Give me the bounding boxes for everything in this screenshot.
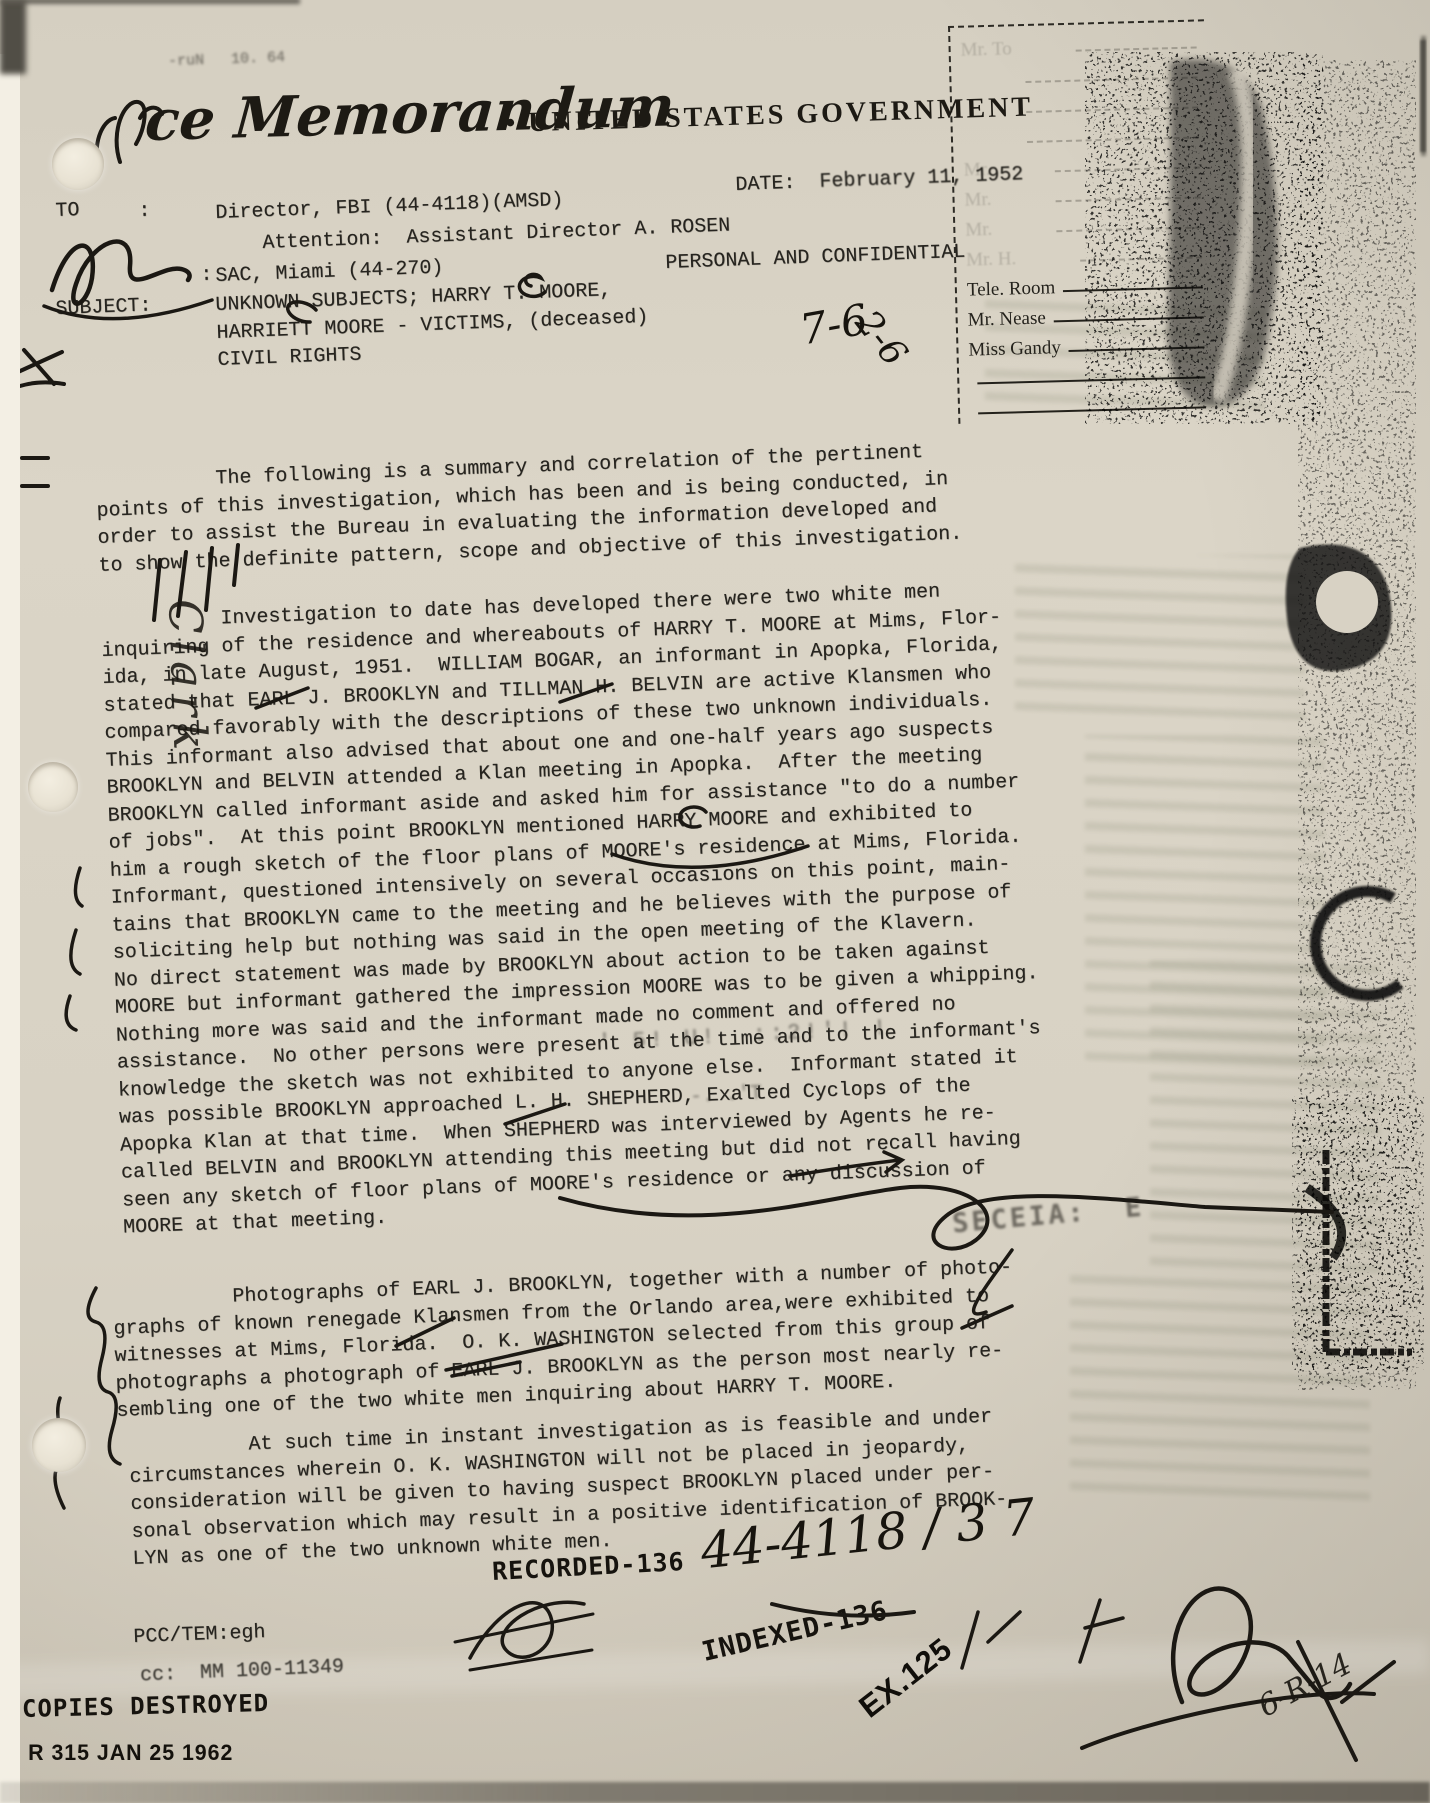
copies-destroyed-stamp: COPIES DESTROYED [22, 1689, 270, 1723]
scan-edge-left [0, 54, 20, 1803]
punch-hole [32, 1418, 86, 1472]
routing-name: Tele. Room [967, 277, 1056, 301]
routing-underline [1054, 316, 1204, 322]
bleedthrough-text-patch [1015, 555, 1305, 725]
routing-underline [1056, 196, 1201, 202]
routing-row [970, 385, 1209, 421]
routing-underline [1080, 256, 1202, 261]
routing-name: Mr. To [960, 38, 1012, 61]
scan-corner-topleft [0, 0, 26, 74]
routing-underline [978, 406, 1206, 414]
typist-initials: PCC/TEM:egh [133, 1619, 266, 1651]
routing-underline [1027, 136, 1199, 143]
routing-box: Mr. ToMr.Mr.Mr.Mr. H.Tele. RoomMr. Nease… [948, 19, 1214, 424]
routing-underline [1025, 76, 1197, 83]
routing-underline [1055, 166, 1200, 172]
destruction-date-stamp: R 315 JAN 25 1962 [28, 1740, 233, 1766]
from-colon: : [200, 262, 213, 290]
paragraph-1: The following is a summary and correlati… [95, 438, 963, 580]
scanned-memo-page: -ruN 10. 64 ce Memorandum • UNITED STATE… [0, 0, 1430, 1803]
bleedthrough-text-patch [1070, 1275, 1370, 1505]
scan-edge-bottom [0, 1782, 1430, 1803]
routing-name: Mr. H. [966, 248, 1017, 271]
date-label: DATE: [735, 172, 796, 197]
subject-label: SUBJECT: [55, 292, 152, 323]
form-note: -ruN 10. 64 [168, 44, 286, 76]
margin-handwritten-name: Clark [158, 598, 217, 757]
punch-hole [28, 762, 78, 812]
routing-row: Mr. H. [966, 235, 1205, 271]
subject-lines: UNKNOWN SUBJECTS; HARRY T. MOORE,HARRIET… [215, 276, 650, 375]
to-label: TO [55, 197, 80, 225]
routing-underline [977, 376, 1205, 384]
faint-stamp-2: -. .'T [689, 1080, 762, 1111]
date-value: February 11, 1952 [819, 163, 1024, 194]
routing-underline [1076, 46, 1197, 51]
routing-name: Mr. [965, 219, 993, 242]
routing-underline [1056, 226, 1201, 232]
bleedthrough-text-patch [1150, 960, 1380, 1280]
paragraph-3: Photographs of EARL J. BROOKLYN, togethe… [112, 1254, 1017, 1425]
confidential-notice: PERSONAL AND CONFIDENTIAL [665, 239, 966, 278]
to-colon: : [138, 198, 151, 226]
routing-underline [1026, 106, 1198, 113]
scan-edge-top [0, 0, 300, 4]
routing-underline [1063, 286, 1203, 292]
routing-name: Mr. Nease [967, 308, 1046, 332]
routing-name: Mr. [964, 189, 992, 212]
scan-edge-right [1421, 36, 1426, 156]
paragraph-2: Investigation to date has developed ther… [100, 575, 1047, 1242]
routing-name: Miss Gandy [968, 337, 1061, 361]
punch-hole [52, 138, 104, 190]
routing-underline [1069, 346, 1205, 352]
title-bullet: • [505, 108, 519, 139]
